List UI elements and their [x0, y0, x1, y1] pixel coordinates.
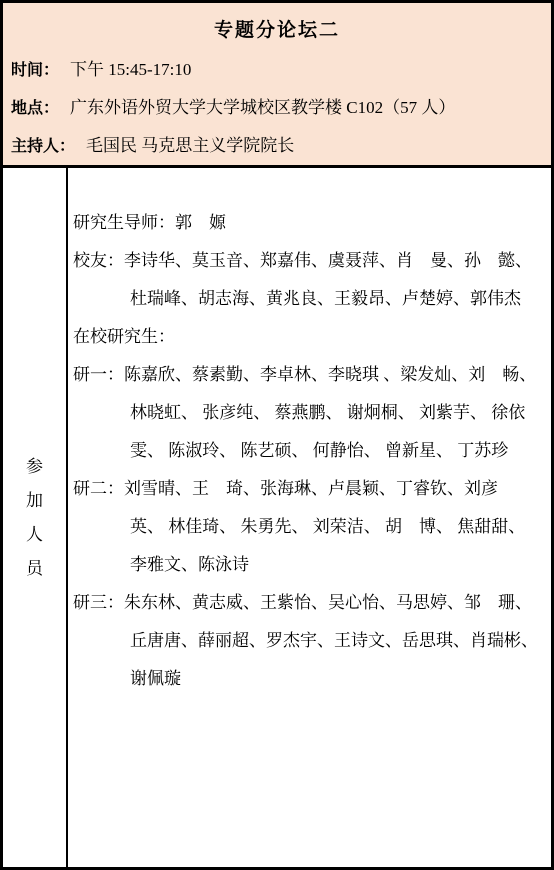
time-value: 下午 15:45-17:10 [70, 60, 191, 79]
session-table: 专题分论坛二 时间：下午 15:45-17:10 地点：广东外语外贸大学大学城校… [0, 0, 554, 870]
host-row: 主持人：毛国民 马克思主义学院院长 [3, 127, 551, 165]
participant-line-year1-cont: 雯、 陈淑玲、 陈艺硕、 何静怡、 曾新星、 丁苏珍 [73, 432, 547, 470]
participant-line-year3-cont: 谢佩璇 [73, 660, 547, 698]
participant-line-year1-cont: 林晓虹、 张彦纯、 蔡燕鹏、 谢炯桐、 刘紫芋、 徐依 [73, 394, 547, 432]
participant-line-alumni-cont: 杜瑞峰、胡志海、黄兆良、王毅昂、卢楚婷、郭伟杰 [73, 280, 547, 318]
participants-row-header: 参 加 人 员 [3, 168, 68, 867]
location-value: 广东外语外贸大学大学城校区教学楼 C102（57 人） [70, 98, 455, 117]
participant-line-year3: 研三：朱东林、黄志威、王紫怡、吴心怡、马思婷、邹 珊、 [73, 584, 547, 622]
participant-line-year1: 研一：陈嘉欣、蔡素勤、李卓林、李晓琪 、梁发灿、刘 畅、 [73, 356, 547, 394]
session-title: 专题分论坛二 [3, 13, 551, 51]
participant-line-year2-cont: 英、 林佳琦、 朱勇先、 刘荣洁、 胡 博、 焦甜甜、 [73, 508, 547, 546]
host-value: 毛国民 马克思主义学院院长 [86, 136, 294, 155]
row-header-char: 人 [26, 518, 43, 552]
host-label: 主持人： [11, 138, 75, 155]
row-header-char: 员 [26, 552, 43, 586]
session-header: 专题分论坛二 时间：下午 15:45-17:10 地点：广东外语外贸大学大学城校… [3, 3, 551, 168]
participant-line-year2: 研二：刘雪晴、王 琦、张海琳、卢晨颖、丁睿钦、刘彦 [73, 470, 547, 508]
participants-cell: 研究生导师：郭 嫄 校友：李诗华、莫玉音、郑嘉伟、虞聂萍、肖 曼、孙 懿、 杜瑞… [68, 168, 551, 867]
time-label: 时间： [11, 62, 59, 79]
participant-line-supervisor: 研究生导师：郭 嫄 [73, 204, 547, 242]
participant-line-students-heading: 在校研究生： [73, 318, 547, 356]
participant-line-year3-cont: 丘唐唐、薛丽超、罗杰宇、王诗文、岳思琪、肖瑞彬、 [73, 622, 547, 660]
participant-line-alumni: 校友：李诗华、莫玉音、郑嘉伟、虞聂萍、肖 曼、孙 懿、 [73, 242, 547, 280]
participant-line-year2-cont: 李雅文、陈泳诗 [73, 546, 547, 584]
participants-row: 参 加 人 员 研究生导师：郭 嫄 校友：李诗华、莫玉音、郑嘉伟、虞聂萍、肖 曼… [3, 168, 551, 867]
location-row: 地点：广东外语外贸大学大学城校区教学楼 C102（57 人） [3, 89, 551, 127]
row-header-char: 加 [26, 484, 43, 518]
location-label: 地点： [11, 100, 59, 117]
time-row: 时间：下午 15:45-17:10 [3, 51, 551, 89]
row-header-char: 参 [26, 450, 43, 484]
